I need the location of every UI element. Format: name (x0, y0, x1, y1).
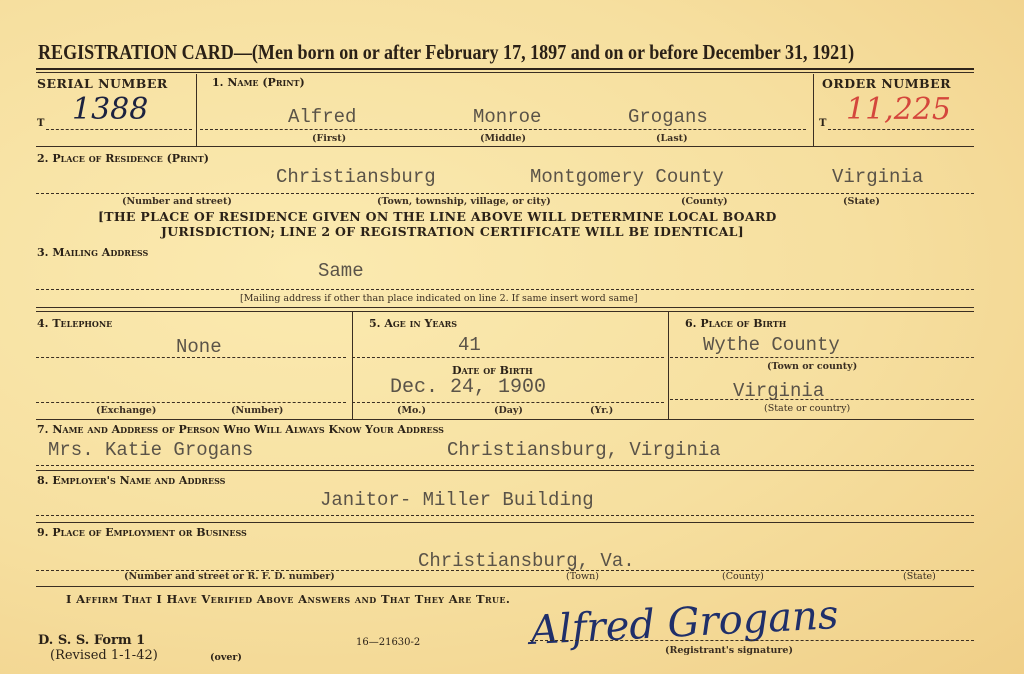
row-rule-d (36, 470, 974, 471)
over-note: (over) (210, 652, 242, 663)
birthplace-town-value: Wythe County (703, 334, 840, 356)
signature-caption: (Registrant's signature) (665, 645, 793, 656)
exchange-caption: (Exchange) (96, 405, 156, 416)
employer-value: Janitor- Miller Building (320, 489, 594, 511)
year-caption: (Yr.) (590, 405, 613, 416)
contact-name-value: Mrs. Katie Grogans (48, 439, 253, 461)
residence-state-value: Virginia (832, 166, 923, 188)
order-divider (813, 74, 814, 146)
age-line (352, 357, 664, 358)
residence-county-value: Montgomery County (530, 166, 724, 188)
birthplace-town-caption: (Town or county) (767, 361, 857, 372)
employment-town-caption: (Town) (566, 571, 599, 582)
middle-caption: (Middle) (480, 133, 526, 144)
first-caption: (First) (312, 133, 346, 144)
row-rule-c (36, 419, 974, 420)
name-label: 1. Name (Print) (212, 76, 305, 89)
row-rule-a (36, 307, 974, 308)
age-value: 41 (458, 334, 481, 356)
telephone-label: 4. Telephone (37, 317, 112, 330)
affirm-text: I Affirm That I Have Verified Above Answ… (66, 592, 510, 606)
employment-state-caption: (State) (903, 571, 936, 582)
name-line (200, 129, 806, 130)
birthplace-state-caption: (State or country) (764, 403, 850, 414)
state-caption: (State) (843, 196, 880, 207)
street-caption: (Number and street) (122, 196, 232, 207)
mailing-line (36, 289, 974, 290)
order-number-label: ORDER NUMBER (822, 76, 951, 91)
contact-label: 7. Name and Address of Person Who Will A… (37, 423, 444, 436)
employer-label: 8. Employer's Name and Address (37, 474, 225, 487)
serial-number-value: 1388 (72, 92, 148, 127)
dob-value: Dec. 24, 1900 (390, 376, 546, 399)
residence-notice-line2: JURISDICTION; LINE 2 OF REGISTRATION CER… (161, 224, 744, 239)
row1-bottom-rule (36, 146, 974, 147)
day-caption: (Day) (494, 405, 523, 416)
contact-address-value: Christiansburg, Virginia (447, 439, 721, 461)
age-label: 5. Age in Years (369, 317, 457, 330)
order-number-value: 11,225 (846, 92, 951, 127)
mailing-label: 3. Mailing Address (37, 246, 148, 259)
town-caption: (Town, township, village, or city) (377, 196, 551, 207)
middle-name-value: Monroe (473, 106, 541, 128)
telephone-line2 (36, 402, 346, 403)
birthplace-label: 6. Place of Birth (685, 317, 786, 330)
print-code: 16—21630-2 (356, 637, 420, 648)
telephone-line1 (36, 357, 346, 358)
top-rule-inner (36, 72, 974, 73)
order-line (828, 129, 974, 130)
employment-county-caption: (County) (722, 571, 764, 582)
first-name-value: Alfred (288, 106, 356, 128)
residence-town-value: Christiansburg (276, 166, 436, 188)
county-caption: (County) (681, 196, 728, 207)
top-rule (36, 68, 974, 70)
mailing-caption: [Mailing address if other than place ind… (240, 293, 638, 304)
mailing-value: Same (318, 260, 364, 282)
row-rule-e (36, 522, 974, 523)
birthplace-town-line (670, 357, 974, 358)
card-title: REGISTRATION CARD—(Men born on or after … (38, 40, 854, 65)
registration-card: REGISTRATION CARD—(Men born on or after … (0, 0, 1024, 674)
number-caption: (Number) (231, 405, 283, 416)
signature-line (530, 640, 974, 641)
age-divider (668, 311, 669, 419)
residence-label: 2. Place of Residence (Print) (37, 152, 209, 165)
form-revised: (Revised 1-1-42) (50, 648, 158, 663)
residence-notice-line1: [THE PLACE OF RESIDENCE GIVEN ON THE LIN… (98, 209, 777, 224)
employment-street-caption: (Number and street or R. F. D. number) (124, 571, 335, 582)
employment-label: 9. Place of Employment or Business (37, 526, 247, 539)
serial-line (46, 129, 192, 130)
serial-divider (196, 74, 197, 146)
serial-prefix: T (37, 118, 44, 129)
employment-value: Christiansburg, Va. (418, 550, 635, 572)
last-caption: (Last) (656, 133, 688, 144)
form-number: D. S. S. Form 1 (38, 633, 145, 648)
serial-number-label: SERIAL NUMBER (37, 76, 168, 91)
employer-line (36, 515, 974, 516)
telephone-value: None (176, 336, 222, 358)
order-prefix: T (819, 118, 826, 129)
contact-line (36, 465, 974, 466)
birthplace-state-line (670, 399, 974, 400)
row-rule-f (36, 586, 974, 587)
dob-line (352, 402, 664, 403)
month-caption: (Mo.) (397, 405, 426, 416)
row-rule-b (36, 311, 974, 312)
last-name-value: Grogans (628, 106, 708, 128)
residence-line (36, 193, 974, 194)
